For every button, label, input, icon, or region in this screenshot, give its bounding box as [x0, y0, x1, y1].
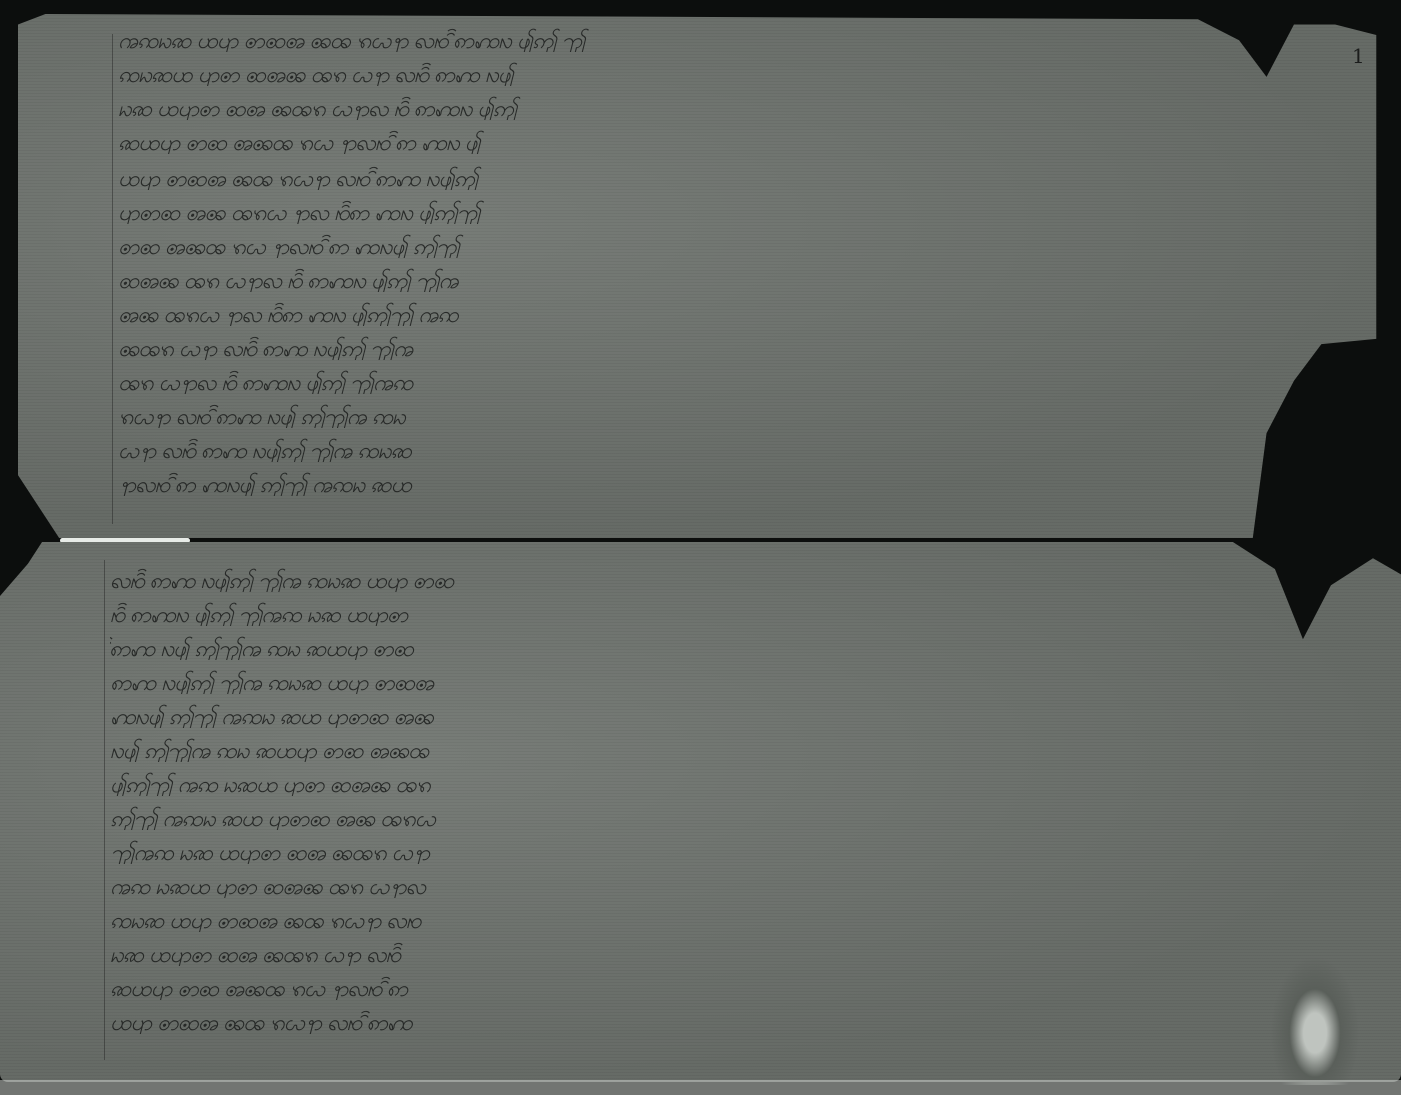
- page-number: 1: [1352, 44, 1365, 68]
- script-line: ꩢꩣ ꩤꩥꩦ ꩧꩨ ꩩꩪꩫ ꩬꩭ ꩮꩯꩰ: [110, 940, 1380, 966]
- script-line: ꩪꩫ ꩬꩭꩮ ꩯꩰ ꩱꩲꩳ ꩴꩵ ꩶꩠꩡ: [118, 368, 1268, 394]
- script-line: ꩡꩢꩣ ꩤꩥ ꩦꩧꩨ ꩩꩪ ꩫꩬꩭ ꩮꩯ: [110, 906, 1380, 932]
- script-line: ꩵꩶ ꩠꩡꩢ ꩣꩤ ꩥꩦꩧ ꩨꩩ ꩪꩫꩬ: [110, 804, 1380, 830]
- script-line: ꩴꩵꩶ ꩠꩡ ꩢꩣꩤ ꩥꩦ ꩧꩨꩩ ꩪꩫ: [110, 770, 1380, 796]
- script-line: ꩩꩪꩫ ꩬꩭ ꩮꩯꩰ ꩱꩲ ꩳꩴꩵ ꩶꩠ: [118, 334, 1298, 360]
- script-line: ꩠꩡ ꩢꩣꩤ ꩥꩦ ꩧꩨꩩ ꩪꩫ ꩬꩭꩮ: [110, 872, 1380, 898]
- script-line: ꩡꩢꩣꩤ ꩥꩦ ꩧꩨꩩ ꩪꩫ ꩬꩭ ꩮꩯꩰ ꩱꩲ ꩳꩴ: [118, 60, 1298, 86]
- bottom-edge: [0, 1080, 1401, 1095]
- margin-rule: [112, 34, 113, 524]
- script-line: ꩢꩣ ꩤꩥꩦ ꩧꩨ ꩩꩪꩫ ꩬꩭꩮ ꩯꩰ ꩱꩲꩳ ꩴꩵ: [118, 94, 1278, 120]
- script-line: ꩣꩤꩥ ꩦꩧ ꩨꩩꩪ ꩫꩬ ꩭꩮꩯ ꩰꩱ: [110, 974, 1280, 1000]
- script-line: ꩥꩦꩧ ꩨꩩ ꩪꩫꩬ ꩭꩮ ꩯꩰꩱ ꩲꩳ ꩴꩵꩶ: [118, 198, 1348, 224]
- margin-rule: [104, 560, 105, 1060]
- script-line: ꩰꩱꩲ ꩳꩴ ꩵꩶꩠ ꩡꩢ ꩣꩤꩥ ꩦꩧ: [110, 634, 1290, 660]
- script-line: ꩤꩥ ꩦꩧꩨ ꩩꩪ ꩫꩬꩭ ꩮꩯ ꩰꩱꩲ: [110, 1008, 1280, 1034]
- script-line: ꩤꩥ ꩦꩧꩨ ꩩꩪ ꩫꩬꩭ ꩮꩯ ꩰꩱꩲ ꩳꩴꩵ: [118, 164, 1348, 190]
- script-line: ꩱꩲ ꩳꩴꩵ ꩶꩠ ꩡꩢꩣ ꩤꩥ ꩦꩧꩨ: [110, 668, 1290, 694]
- script-line: ꩠꩡꩢꩣ ꩤꩥ ꩦꩧꩨ ꩩꩪ ꩫꩬꩭ ꩮꩯ ꩰꩱꩲꩳ ꩴꩵ ꩶ: [118, 26, 1298, 52]
- script-line: ꩬꩭ ꩮꩯꩰ ꩱꩲ ꩳꩴꩵ ꩶꩠ ꩡꩢꩣ: [118, 436, 1268, 462]
- script-line: ꩣꩤꩥ ꩦꩧ ꩨꩩꩪ ꩫꩬ ꩭꩮꩯ ꩰꩱ ꩲꩳ ꩴ: [118, 128, 1268, 154]
- script-line: ꩭꩮꩯ ꩰꩱ ꩲꩳꩴ ꩵꩶ ꩠꩡꩢ ꩣꩤ: [118, 470, 1268, 496]
- script-line: ꩧꩨꩩ ꩪꩫ ꩬꩭꩮ ꩯꩰ ꩱꩲꩳ ꩴꩵ ꩶꩠ: [118, 266, 1348, 292]
- script-line: ꩦꩧ ꩨꩩꩪ ꩫꩬ ꩭꩮꩯ ꩰꩱ ꩲꩳꩴ ꩵꩶ: [118, 232, 1348, 258]
- script-line: ꩲꩳꩴ ꩵꩶ ꩠꩡꩢ ꩣꩤ ꩥꩦꩧ ꩨꩩ: [110, 702, 1380, 728]
- script-line: ꩨꩩ ꩪꩫꩬ ꩭꩮ ꩯꩰꩱ ꩲꩳ ꩴꩵꩶ ꩠꩡ: [118, 300, 1348, 326]
- script-line: ꩳꩴ ꩵꩶꩠ ꩡꩢ ꩣꩤꩥ ꩦꩧ ꩨꩩꩪ: [110, 736, 1380, 762]
- script-line: ꩶꩠꩡ ꩢꩣ ꩤꩥꩦ ꩧꩨ ꩩꩪꩫ ꩬꩭ: [110, 838, 1380, 864]
- script-line: ꩫꩬꩭ ꩮꩯ ꩰꩱꩲ ꩳꩴ ꩵꩶꩠ ꩡꩢ: [118, 402, 1268, 428]
- script-line: ꩯꩰ ꩱꩲꩳ ꩴꩵ ꩶꩠꩡ ꩢꩣ ꩤꩥꩦ: [110, 600, 1310, 626]
- script-line: ꩮꩯꩰ ꩱꩲ ꩳꩴꩵ ꩶꩠ ꩡꩢꩣ ꩤꩥ ꩦꩧ: [110, 566, 1310, 592]
- paper-damage: [1270, 955, 1360, 1085]
